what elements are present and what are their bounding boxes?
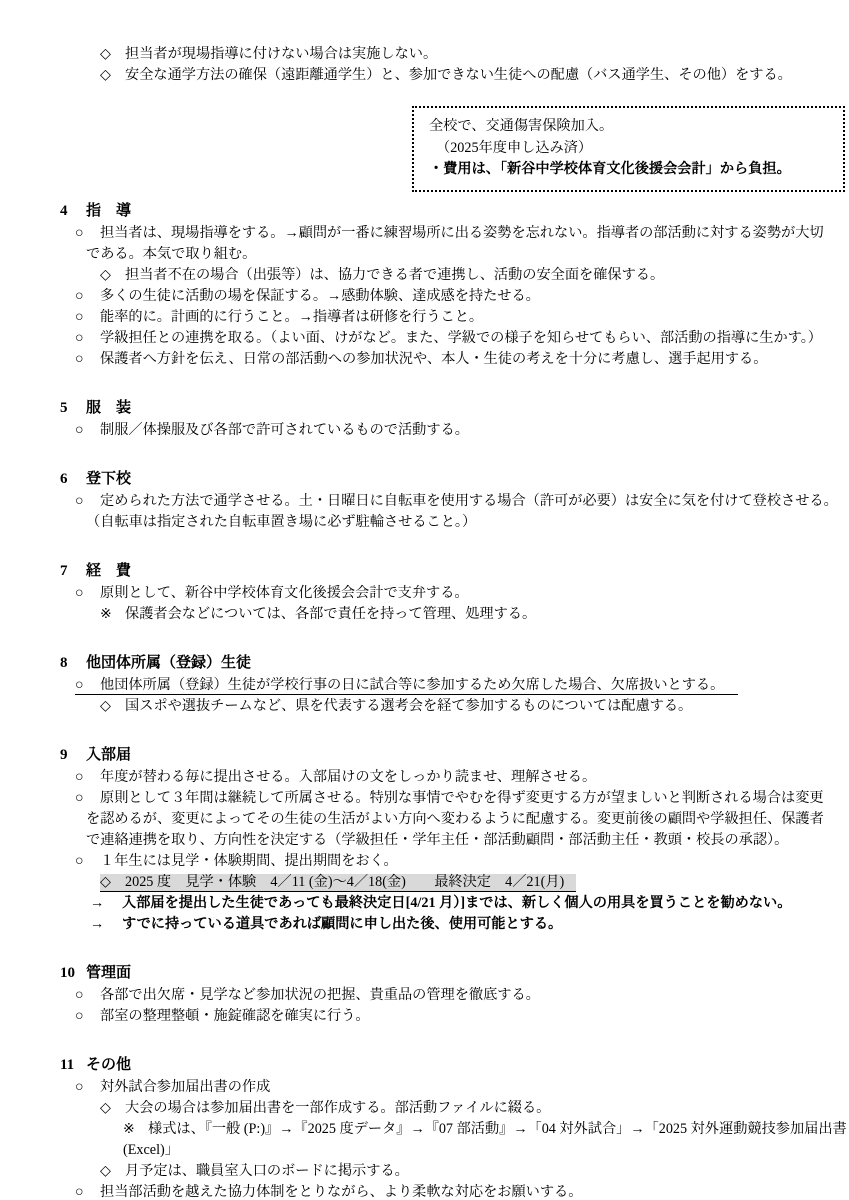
section-4: 4指 導○担当者は、現場指導をする。→顧問が一番に練習場所に出る姿勢を忘れない。… [0, 200, 849, 370]
list-item: ○能率的に。計画的に行うこと。→指導者は研修を行うこと。 [0, 307, 849, 328]
section-title: その他 [86, 1057, 131, 1073]
diamond-marker-icon: ◇ [100, 265, 125, 286]
list-item: ○各部で出欠席・見学など参加状況の把握、貴重品の管理を徹底する。 [0, 985, 849, 1006]
circle-marker-icon: ○ [75, 349, 100, 370]
list-item: ◇2025 度 見学・体験 4／11 (金)～4／18(金) 最終決定 4／21… [0, 872, 849, 893]
section-number: 5 [60, 397, 86, 419]
item-text: 担当者が現場指導に付けない場合は実施しない。 [125, 46, 437, 62]
arrow-marker-icon: → [90, 914, 122, 935]
item-line: ※様式は、『一般 (P:)』→『2025 度データ』→『07 部活動』→「04 … [123, 1121, 847, 1158]
section-number: 10 [60, 962, 86, 984]
section-heading: 10管理面 [0, 962, 849, 984]
insurance-line: ・費用は、「新谷中学校体育文化後援会会計」から負担。 [429, 159, 835, 181]
section-7: 7経 費○原則として、新谷中学校体育文化後援会会計で支弁する。※保護者会などにつ… [0, 560, 849, 625]
section-number: 4 [60, 200, 86, 222]
item-text: 学級担任との連携を取る。（よい面、けがなど。また、学級での様子を知らせてもらい、… [100, 330, 822, 346]
item-text: 制服／体操服及び各部で許可されているもので活動する。 [100, 422, 469, 438]
list-item: →入部届を提出した生徒であっても最終決定日[4/21 月）]までは、新しく個人の… [0, 893, 849, 914]
section-title: 登下校 [86, 471, 131, 487]
section-number: 8 [60, 652, 86, 674]
item-text: 能率的に。計画的に行うこと。→指導者は研修を行うこと。 [100, 309, 483, 325]
circle-marker-icon: ○ [75, 286, 100, 307]
item-line: ○制服／体操服及び各部で許可されているもので活動する。 [75, 422, 469, 438]
item-line: である。本気で取り組む。 [86, 246, 256, 262]
diamond-marker-icon: ◇ [100, 872, 125, 893]
section-heading: 11その他 [0, 1054, 849, 1076]
item-line: ○保護者へ方針を伝え、日常の部活動への参加状況や、本人・生徒の考えを十分に考慮し… [75, 351, 767, 367]
circle-marker-icon: ○ [75, 420, 100, 441]
item-text: 保護者会などについては、各部で責任を持って管理、処理する。 [125, 606, 536, 622]
section-heading: 4指 導 [0, 200, 849, 222]
section-title: 入部届 [86, 747, 131, 763]
item-text: 他団体所属（登録）生徒が学校行事の日に試合等に参加するため欠席した場合、欠席扱い… [100, 677, 724, 693]
section-title: 管理面 [86, 965, 131, 981]
diamond-marker-icon: ◇ [100, 1161, 125, 1182]
circle-marker-icon: ○ [75, 583, 100, 604]
diamond-marker-icon: ◇ [100, 696, 125, 717]
item-text: 安全な通学方法の確保（遠距離通学生）と、参加できない生徒への配慮（バス通学生、そ… [125, 67, 792, 83]
circle-marker-icon: ○ [75, 767, 100, 788]
item-text: 部室の整理整頓・施錠確認を確実に行う。 [100, 1008, 370, 1024]
item-text: 原則として３年間は継続して所属させる。特別な事情でやむを得ず変更する方が望ましい… [100, 790, 824, 806]
circle-marker-icon: ○ [75, 1006, 100, 1027]
section-heading: 5服 装 [0, 397, 849, 419]
item-text: 担当者不在の場合（出張等）は、協力できる者で連携し、活動の安全面を確保する。 [125, 267, 664, 283]
section-number: 6 [60, 468, 86, 490]
item-line: ○部室の整理整頓・施錠確認を確実に行う。 [75, 1008, 370, 1024]
section-title: 他団体所属（登録）生徒 [86, 655, 251, 671]
list-item: ○１年生には見学・体験期間、提出期間をおく。 [0, 851, 849, 872]
list-item: ○制服／体操服及び各部で許可されているもので活動する。 [0, 420, 849, 441]
list-item: ○原則として、新谷中学校体育文化後援会会計で支弁する。 [0, 583, 849, 604]
item-text: 定められた方法で通学させる。土・日曜日に自転車を使用する場合（許可が必要）は安全… [100, 493, 838, 509]
item-line: で連絡連携を取り、方向性を決定する（学級担任・学年主任・部活動顧問・部活動主任・… [86, 832, 788, 848]
item-text: で連絡連携を取り、方向性を決定する（学級担任・学年主任・部活動顧問・部活動主任・… [86, 832, 788, 848]
item-text: （自転車は指定された自転車置き場に必ず駐輪させること。） [86, 514, 476, 530]
item-line: ○担当部活動を越えた協力体制をとりながら、より柔軟な対応をお願いする。 [75, 1184, 582, 1200]
list-item: ○年度が替わる毎に提出させる。入部届けの文をしっかり読ませ、理解させる。 [0, 767, 849, 788]
list-item: ◇国スポや選抜チームなど、県を代表する選考会を経て参加するものについては配慮する… [0, 696, 849, 717]
list-item: ※様式は、『一般 (P:)』→『2025 度データ』→『07 部活動』→「04 … [0, 1119, 849, 1161]
item-text: 月予定は、職員室入口のボードに掲示する。 [125, 1163, 409, 1179]
list-item: ※保護者会などについては、各部で責任を持って管理、処理する。 [0, 604, 849, 625]
item-line: ○多くの生徒に活動の場を保証する。→感動体験、達成感を持たせる。 [75, 288, 540, 304]
note-marker-icon: ※ [123, 1119, 148, 1140]
circle-marker-icon: ○ [75, 307, 100, 328]
item-line: ○学級担任との連携を取る。（よい面、けがなど。また、学級での様子を知らせてもらい… [75, 330, 822, 346]
section-heading: 9入部届 [0, 744, 849, 766]
circle-marker-icon: ○ [75, 491, 100, 512]
item-line: ○能率的に。計画的に行うこと。→指導者は研修を行うこと。 [75, 309, 483, 325]
section-number: 11 [60, 1054, 86, 1076]
circle-marker-icon: ○ [75, 985, 100, 1006]
item-text: １年生には見学・体験期間、提出期間をおく。 [100, 853, 398, 869]
section-9: 9入部届○年度が替わる毎に提出させる。入部届けの文をしっかり読ませ、理解させる。… [0, 744, 849, 935]
section-8: 8他団体所属（登録）生徒○他団体所属（登録）生徒が学校行事の日に試合等に参加する… [0, 652, 849, 717]
list-item: ○定められた方法で通学させる。土・日曜日に自転車を使用する場合（許可が必要）は安… [0, 491, 849, 533]
item-text: 保護者へ方針を伝え、日常の部活動への参加状況や、本人・生徒の考えを十分に考慮し、… [100, 351, 767, 367]
section-number: 9 [60, 744, 86, 766]
circle-marker-icon: ○ [75, 675, 100, 696]
section-title: 服 装 [86, 400, 131, 416]
item-text: 国スポや選抜チームなど、県を代表する選考会を経て参加するものについては配慮する。 [125, 698, 692, 714]
sections: 4指 導○担当者は、現場指導をする。→顧問が一番に練習場所に出る姿勢を忘れない。… [0, 200, 849, 1200]
item-line: ◇大会の場合は参加届出書を一部作成する。部活動ファイルに綴る。 [100, 1100, 550, 1116]
item-text: である。本気で取り組む。 [86, 246, 256, 262]
section-11: 11その他○対外試合参加届出書の作成◇大会の場合は参加届出書を一部作成する。部活… [0, 1054, 849, 1200]
list-item: ○部室の整理整頓・施錠確認を確実に行う。 [0, 1006, 849, 1027]
item-text: 様式は、『一般 (P:)』→『2025 度データ』→『07 部活動』→「04 対… [123, 1121, 847, 1158]
item-line: ◇国スポや選抜チームなど、県を代表する選考会を経て参加するものについては配慮する… [100, 698, 692, 714]
arrow-marker-icon: → [90, 893, 122, 914]
note-marker-icon: ※ [100, 604, 125, 625]
item-line: ◇月予定は、職員室入口のボードに掲示する。 [100, 1163, 409, 1179]
list-item: ○多くの生徒に活動の場を保証する。→感動体験、達成感を持たせる。 [0, 286, 849, 307]
circle-marker-icon: ○ [75, 328, 100, 349]
list-item: ○対外試合参加届出書の作成 [0, 1077, 849, 1098]
item-line: ○各部で出欠席・見学など参加状況の把握、貴重品の管理を徹底する。 [75, 987, 540, 1003]
item-line: ◇安全な通学方法の確保（遠距離通学生）と、参加できない生徒への配慮（バス通学生、… [100, 67, 792, 83]
top-item-list: ◇担当者が現場指導に付けない場合は実施しない。◇安全な通学方法の確保（遠距離通学… [0, 44, 849, 86]
diamond-marker-icon: ◇ [100, 44, 125, 65]
diamond-marker-icon: ◇ [100, 65, 125, 86]
item-line: →すでに持っている道具であれば顧問に申し出た後、使用可能とする。 [90, 916, 562, 932]
section-6: 6登下校○定められた方法で通学させる。土・日曜日に自転車を使用する場合（許可が必… [0, 468, 849, 533]
list-item: ○担当者は、現場指導をする。→顧問が一番に練習場所に出る姿勢を忘れない。指導者の… [0, 223, 849, 265]
section-title: 指 導 [86, 203, 131, 219]
item-line: を認めるが、変更によってその生徒の生活がよい方向へ変わるように配慮する。変更前後… [86, 811, 824, 827]
item-line: ○年度が替わる毎に提出させる。入部届けの文をしっかり読ませ、理解させる。 [75, 769, 596, 785]
list-item: ◇月予定は、職員室入口のボードに掲示する。 [0, 1161, 849, 1182]
item-line: ○定められた方法で通学させる。土・日曜日に自転車を使用する場合（許可が必要）は安… [75, 493, 838, 509]
section-heading: 8他団体所属（登録）生徒 [0, 652, 849, 674]
item-line: ◇担当者が現場指導に付けない場合は実施しない。 [100, 46, 437, 62]
section-number: 7 [60, 560, 86, 582]
list-item: ○他団体所属（登録）生徒が学校行事の日に試合等に参加するため欠席した場合、欠席扱… [0, 675, 849, 696]
section-heading: 7経 費 [0, 560, 849, 582]
section-heading: 6登下校 [0, 468, 849, 490]
item-text: 入部届を提出した生徒であっても最終決定日[4/21 月）]までは、新しく個人の用… [122, 895, 791, 911]
item-text: 原則として、新谷中学校体育文化後援会会計で支弁する。 [100, 585, 469, 601]
circle-marker-icon: ○ [75, 788, 100, 809]
item-text: 年度が替わる毎に提出させる。入部届けの文をしっかり読ませ、理解させる。 [100, 769, 596, 785]
item-text: すでに持っている道具であれば顧問に申し出た後、使用可能とする。 [122, 916, 562, 932]
diamond-marker-icon: ◇ [100, 1098, 125, 1119]
section-5: 5服 装○制服／体操服及び各部で許可されているもので活動する。 [0, 397, 849, 441]
circle-marker-icon: ○ [75, 1077, 100, 1098]
circle-marker-icon: ○ [75, 851, 100, 872]
item-line: ○他団体所属（登録）生徒が学校行事の日に試合等に参加するため欠席した場合、欠席扱… [75, 677, 738, 695]
list-item: ◇安全な通学方法の確保（遠距離通学生）と、参加できない生徒への配慮（バス通学生、… [0, 65, 849, 86]
list-item: ◇担当者が現場指導に付けない場合は実施しない。 [0, 44, 849, 65]
circle-marker-icon: ○ [75, 1182, 100, 1200]
document-page: ◇担当者が現場指導に付けない場合は実施しない。◇安全な通学方法の確保（遠距離通学… [0, 0, 849, 1200]
section-10: 10管理面○各部で出欠席・見学など参加状況の把握、貴重品の管理を徹底する。○部室… [0, 962, 849, 1027]
item-text: 2025 度 見学・体験 4／11 (金)～4／18(金) 最終決定 4／21(… [125, 874, 564, 890]
item-line: ○原則として、新谷中学校体育文化後援会会計で支弁する。 [75, 585, 469, 601]
item-text: 対外試合参加届出書の作成 [100, 1079, 270, 1095]
list-item: ○保護者へ方針を伝え、日常の部活動への参加状況や、本人・生徒の考えを十分に考慮し… [0, 349, 849, 370]
list-item: ◇担当者不在の場合（出張等）は、協力できる者で連携し、活動の安全面を確保する。 [0, 265, 849, 286]
list-item: ◇大会の場合は参加届出書を一部作成する。部活動ファイルに綴る。 [0, 1098, 849, 1119]
list-item: ○担当部活動を越えた協力体制をとりながら、より柔軟な対応をお願いする。 [0, 1182, 849, 1200]
item-line: ○１年生には見学・体験期間、提出期間をおく。 [75, 853, 398, 869]
item-line: ○対外試合参加届出書の作成 [75, 1079, 270, 1095]
item-text: 各部で出欠席・見学など参加状況の把握、貴重品の管理を徹底する。 [100, 987, 540, 1003]
item-text: 多くの生徒に活動の場を保証する。→感動体験、達成感を持たせる。 [100, 288, 540, 304]
item-line: ○原則として３年間は継続して所属させる。特別な事情でやむを得ず変更する方が望まし… [75, 790, 824, 806]
insurance-line: （2025年度申し込み済） [429, 138, 835, 160]
list-item: →すでに持っている道具であれば顧問に申し出た後、使用可能とする。 [0, 914, 849, 935]
item-text: 担当者は、現場指導をする。→顧問が一番に練習場所に出る姿勢を忘れない。指導者の部… [100, 225, 824, 241]
list-item: ○学級担任との連携を取る。（よい面、けがなど。また、学級での様子を知らせてもらい… [0, 328, 849, 349]
insurance-box: 全校で、交通傷害保険加入。 （2025年度申し込み済） ・費用は、「新谷中学校体… [412, 106, 845, 192]
item-text: を認めるが、変更によってその生徒の生活がよい方向へ変わるように配慮する。変更前後… [86, 811, 824, 827]
item-line: →入部届を提出した生徒であっても最終決定日[4/21 月）]までは、新しく個人の… [90, 895, 791, 911]
item-line: ◇2025 度 見学・体験 4／11 (金)～4／18(金) 最終決定 4／21… [100, 874, 576, 892]
list-item: ○原則として３年間は継続して所属させる。特別な事情でやむを得ず変更する方が望まし… [0, 788, 849, 851]
insurance-line: 全校で、交通傷害保険加入。 [429, 116, 835, 138]
item-line: ○担当者は、現場指導をする。→顧問が一番に練習場所に出る姿勢を忘れない。指導者の… [75, 225, 824, 241]
circle-marker-icon: ○ [75, 223, 100, 244]
item-line: （自転車は指定された自転車置き場に必ず駐輪させること。） [86, 514, 476, 530]
item-line: ◇担当者不在の場合（出張等）は、協力できる者で連携し、活動の安全面を確保する。 [100, 267, 664, 283]
item-line: ※保護者会などについては、各部で責任を持って管理、処理する。 [100, 606, 536, 622]
item-text: 大会の場合は参加届出書を一部作成する。部活動ファイルに綴る。 [125, 1100, 550, 1116]
section-title: 経 費 [86, 563, 131, 579]
item-text: 担当部活動を越えた協力体制をとりながら、より柔軟な対応をお願いする。 [100, 1184, 582, 1200]
